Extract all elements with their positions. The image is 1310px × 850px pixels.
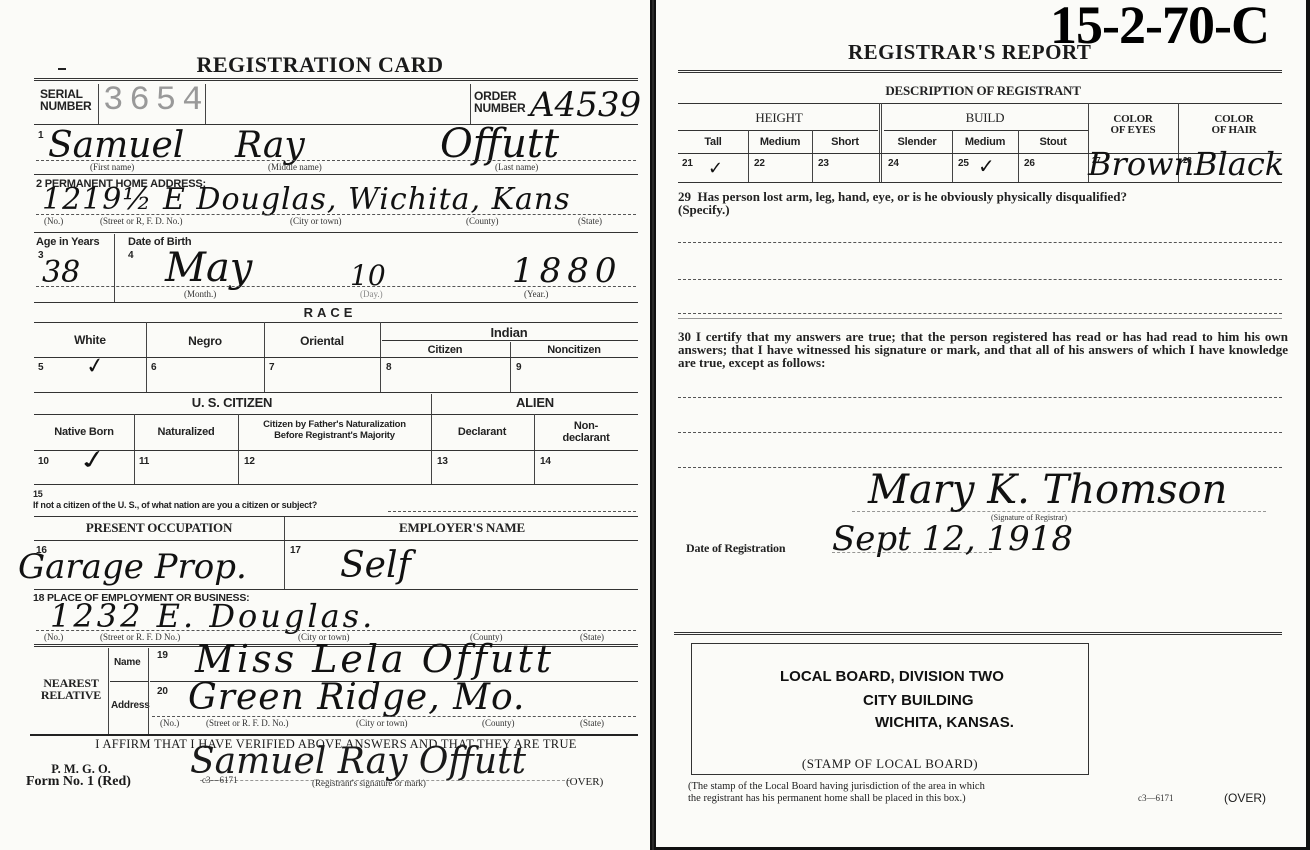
height-tall-checkmark: ✓ [708,158,723,179]
rule [34,450,638,451]
stamp-line-2: CITY BUILDING [863,692,974,709]
rule [34,540,638,541]
registrars-report-back: 15-2-70-C REGISTRAR'S REPORT DESCRIPTION… [654,0,1310,850]
print-code: c3—6171 [1138,793,1174,803]
build-col-slender: Slender [882,136,952,148]
answer-line [678,313,1282,314]
order-number-label: ORDER NUMBER [474,90,525,114]
caption: (Street or R. F. D No.) [100,632,180,642]
height-col-medium: Medium [748,136,812,148]
rule [382,340,638,341]
dob-month: May [165,248,252,288]
over-label: (OVER) [566,776,603,788]
rule [36,160,636,161]
rule [36,286,636,287]
card-title: REGISTRATION CARD [150,52,490,78]
rule [34,302,638,303]
order-number-value: A4539 [530,88,641,122]
age-label: Age in Years [36,236,99,248]
rule [34,174,638,175]
dash-mark [58,68,66,70]
age-value: 38 [42,258,80,288]
hair-color-value: Black [1194,148,1284,180]
relative-name-label: Name [114,657,140,668]
caption: (No.) [44,632,63,642]
field-number: 13 [437,456,448,467]
divider [134,414,135,484]
registrant-signature: Samuel Ray Offutt [190,744,526,780]
employer-heading: EMPLOYER'S NAME [286,520,638,536]
build-heading: BUILD [882,110,1088,126]
caption: (Last name) [495,162,538,172]
home-address-value: 1219½ E Douglas, Wichita, Kans [42,185,571,215]
field-number: 22 [754,158,765,169]
alien-col-declarant: Declarant [432,426,532,438]
field-number: 21 [682,158,693,169]
field-number: 25 [958,158,969,169]
field-number: 4 [128,250,133,261]
citizen-col-fathers-naturalization: Citizen by Father's Naturalization Befor… [238,419,431,441]
field-number: 10 [38,456,49,467]
field-number: 1 [38,130,43,141]
race-white-checkmark: ✓ [84,353,106,380]
race-col-negro: Negro [146,334,264,348]
answer-line [678,432,1282,433]
over-label: (OVER) [1224,791,1266,805]
place-of-employment-value: 1232 E. Douglas. [50,600,375,632]
rule [678,103,1282,104]
field-number: 23 [818,158,829,169]
caption: (State) [580,718,604,728]
print-code: c3—6171 [202,775,238,785]
caption: (City or town) [356,718,408,728]
rule [678,130,878,131]
caption: (No.) [160,718,179,728]
rule [674,632,1282,635]
caption: (County) [482,718,515,728]
build-col-medium: Medium [952,136,1018,148]
field-number: 19 [157,650,168,661]
relative-address-label: Address [111,700,150,711]
race-indian-heading: Indian [380,325,638,340]
field-number: 24 [888,158,899,169]
build-col-stout: Stout [1018,136,1088,148]
rule [34,589,638,590]
rule [34,322,638,323]
field-number: 5 [38,362,43,373]
alien-heading: ALIEN [432,395,638,410]
rule [832,552,992,553]
citizen-col-native-born: Native Born [34,426,134,438]
question-30: 30 I certify that my answers are true; t… [678,330,1288,369]
build-medium-checkmark: ✓ [978,154,995,178]
rule [34,516,638,517]
divider [284,517,285,589]
rule [34,232,638,233]
height-col-short: Short [812,136,878,148]
last-name: Offutt [440,124,559,164]
nearest-relative-label: NEAREST RELATIVE [34,677,108,701]
relative-name-value: Miss Lela Offutt [195,640,554,678]
registration-card-front: REGISTRATION CARD SERIAL NUMBER 3654 ORD… [0,0,652,850]
field-number: 11 [139,456,149,467]
race-heading: RACE [290,305,370,320]
caption: (No.) [44,216,63,226]
caption: (City or town) [290,216,342,226]
stamp-note: (The stamp of the Local Board having jur… [688,781,1108,805]
caption: (Month.) [184,289,216,299]
race-col-oriental: Oriental [264,334,380,348]
stamp-line-1: LOCAL BOARD, DIVISION TWO [780,668,1004,685]
caption: (First name) [90,162,134,172]
report-title: REGISTRAR'S REPORT [848,40,1091,65]
employer-value: Self [340,548,411,584]
occupation-value: Garage Prop. [18,550,247,584]
field-number: 9 [516,362,521,373]
divider [114,234,115,302]
signature-caption: (Registrant's signature or mark) [312,778,426,788]
rule [678,70,1282,73]
divider [98,84,99,124]
stamp-caption: (STAMP OF LOCAL BOARD) [692,756,1088,772]
answer-line [678,242,1282,243]
answer-line [678,279,1282,280]
native-born-checkmark: ✓ [75,444,111,477]
caption: (State) [578,216,602,226]
date-of-registration-value: Sept 12, 1918 [832,522,1073,556]
caption: (Street or R, F. D. No.) [100,216,183,226]
divider [205,84,206,124]
rule [110,681,148,682]
caption: (Middle name) [268,162,322,172]
first-name: Samuel [48,128,184,164]
serial-number-value: 3654 [103,82,209,120]
divider [148,648,149,736]
race-col-indian-citizen: Citizen [380,344,510,356]
rule [34,484,638,485]
alien-col-nondeclarant: Non- declarant [534,420,638,444]
caption: (County) [466,216,499,226]
rule [34,357,638,358]
us-citizen-heading: U. S. CITIZEN [34,395,430,410]
eye-color-value: Brown [1088,148,1194,180]
divider [431,394,432,484]
registrar-signature: Mary K. Thomson [868,470,1227,510]
divider [470,84,471,124]
rule [30,734,638,736]
field-number: 7 [269,362,274,373]
caption: (Day.) [360,289,383,299]
relative-address-value: Green Ridge, Mo. [188,680,525,716]
race-col-white: White [34,333,146,347]
dob-year: 1880 [512,254,623,288]
height-col-tall: Tall [678,136,748,148]
answer-line [678,397,1282,398]
caption: (Year.) [524,289,548,299]
rule [388,511,636,512]
rule [34,392,638,393]
field-number: 12 [244,456,255,467]
rule [852,511,1266,512]
date-of-registration-label: Date of Registration [686,541,785,556]
rule [34,414,638,415]
field-number: 6 [151,362,156,373]
nation-question: If not a citizen of the U. S., of what n… [33,500,317,510]
field-number: 15 [33,489,43,499]
divider [108,648,109,736]
rule [152,716,636,717]
rule [678,182,1282,183]
occupation-heading: PRESENT OCCUPATION [34,520,284,536]
field-number: 17 [290,545,301,556]
description-heading: DESCRIPTION OF REGISTRANT [678,83,1288,99]
citizen-col-naturalized: Naturalized [134,426,238,438]
caption: (Street or R. F. D. No.) [206,718,289,728]
hair-color-heading: COLOR OF HAIR [1180,114,1288,136]
question-29: 29 Has person lost arm, leg, hand, eye, … [678,190,1298,216]
field-number: 28 [1183,156,1192,165]
local-board-stamp-box: LOCAL BOARD, DIVISION TWO CITY BUILDING … [691,643,1089,775]
field-number: 26 [1024,158,1035,169]
rule [884,130,1088,131]
form-id-number: Form No. 1 (Red) [26,774,131,790]
caption: (State) [580,632,604,642]
field-number: 14 [540,456,551,467]
top-rule [34,78,638,81]
rule [36,630,636,631]
field-number: 20 [157,686,168,697]
middle-name: Ray [235,128,305,164]
stamp-line-3: WICHITA, KANSAS. [875,714,1014,731]
rule [678,318,1282,319]
eye-color-heading: COLOR OF EYES [1090,114,1176,136]
race-col-indian-noncitizen: Noncitizen [510,344,638,356]
rule [36,214,636,215]
field-number: 8 [386,362,391,373]
height-heading: HEIGHT [678,110,880,126]
serial-number-label: SERIAL NUMBER [40,88,91,112]
